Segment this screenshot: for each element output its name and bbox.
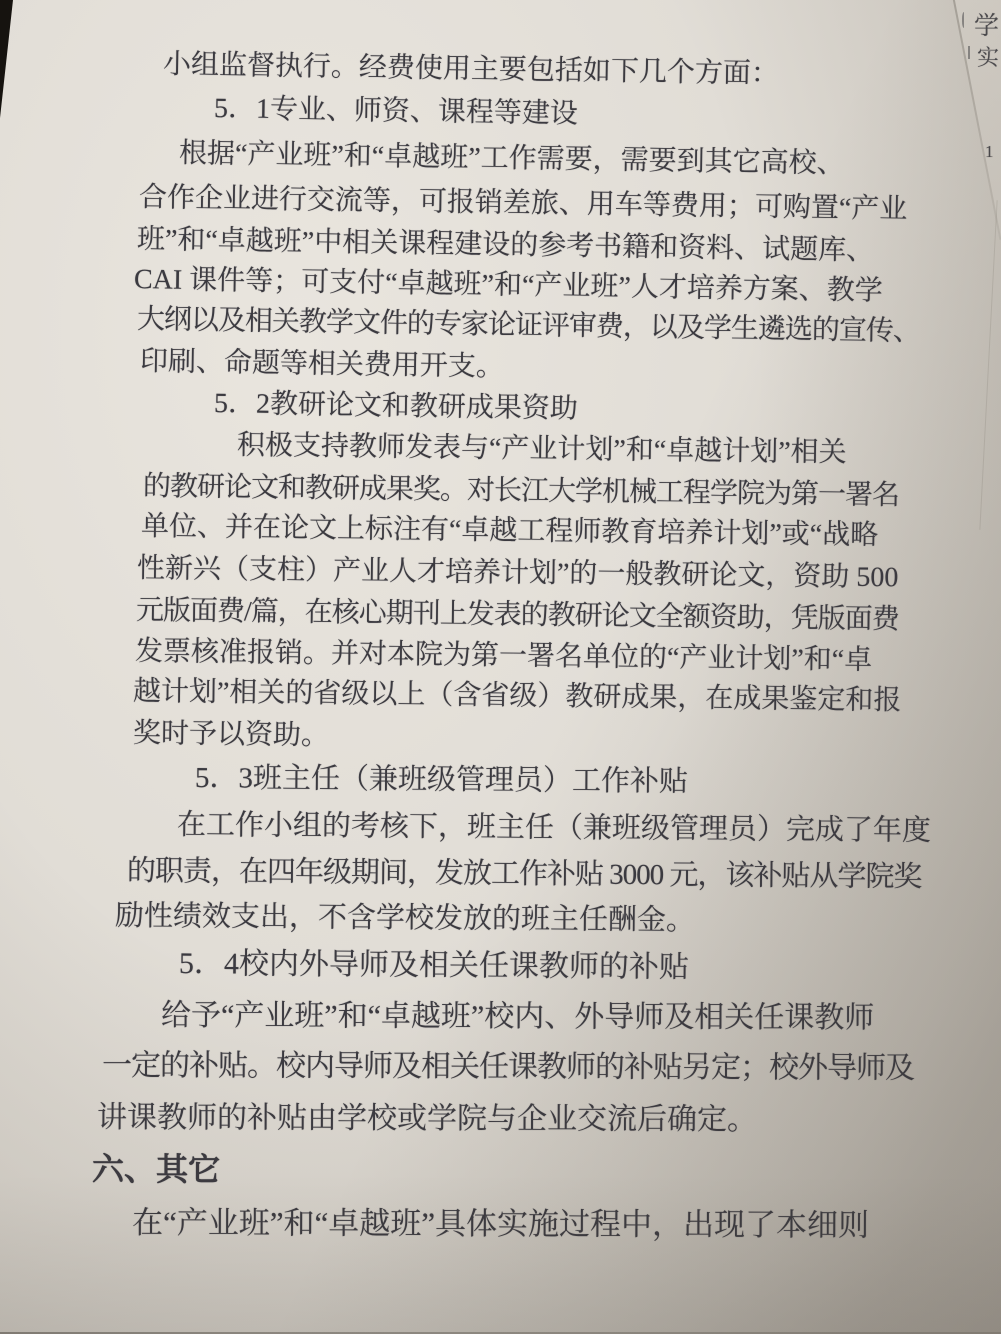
- section-heading-5-2: 5．2教研论文和教研成果资助: [214, 381, 579, 427]
- body-text-line: 根据“产业班”和“卓越班”工作需要，需要到其它高校、: [179, 131, 845, 181]
- body-text-line: 一定的补贴。校内导师及相关任课教师的补贴另定；校外导师及: [102, 1040, 914, 1087]
- body-text-line: 印刷、命题等相关费用开支。: [140, 339, 505, 385]
- section-heading-5-1: 5．1专业、师资、课程等建设: [214, 86, 579, 132]
- edge-text-fragment: 实: [977, 41, 999, 72]
- section-heading-5-3: 5．3班主任（兼班级管理员）工作补贴: [195, 755, 688, 800]
- body-text-line: 在工作小组的考核下，班主任（兼班级管理员）完成了年度: [177, 802, 931, 849]
- body-text-line: 在“产业班”和“卓越班”具体实施过程中，出现了本细则: [132, 1197, 869, 1245]
- body-text-line: 奖时予以资助。: [133, 711, 329, 753]
- page-number: 1: [985, 142, 994, 162]
- section-heading-5-4: 5．4校内外导师及相关任课教师的补贴: [179, 938, 689, 986]
- edge-text-fragment: 学: [974, 6, 999, 42]
- body-text-line: 越计划”相关的省级以上（含省级）教研成果，在成果鉴定和报: [133, 669, 902, 718]
- body-text-line: 讲课教师的补贴由学校或学院与企业交流后确定。: [97, 1092, 757, 1138]
- body-text-line: 给予“产业班”和“卓越班”校内、外导师及相关任课教师: [161, 990, 874, 1036]
- body-text-line: 小组监督执行。经费使用主要包括如下几个方面：: [163, 42, 780, 92]
- body-text-line: 性新兴（支柱）产业人才培养计划”的一般教研论文，资助 500: [137, 546, 899, 595]
- partial-glyph-stroke: [962, 12, 967, 28]
- paper-crease-line: [979, 200, 997, 530]
- partial-glyph-stroke: [968, 46, 970, 59]
- body-text-line: 单位、并在论文上标注有“卓越工程师教育培养计划”或“战略: [141, 504, 879, 553]
- body-text-line: 的职责，在四年级期间，发放工作补贴 3000 元，该补贴从学院奖: [127, 848, 922, 895]
- document-photo: { "doc": { "lines": [ "小组监督执行。经费使用主要包括如下…: [0, 0, 1001, 1334]
- background-corner-wedge: [0, 0, 16, 125]
- body-text-line: 积极支持教师发表与“产业计划”和“卓越计划”相关: [237, 423, 847, 470]
- chapter-heading-six: 六、其它: [92, 1144, 220, 1190]
- body-text-line: 励性绩效支出，不含学校发放的班主任酬金。: [115, 893, 695, 939]
